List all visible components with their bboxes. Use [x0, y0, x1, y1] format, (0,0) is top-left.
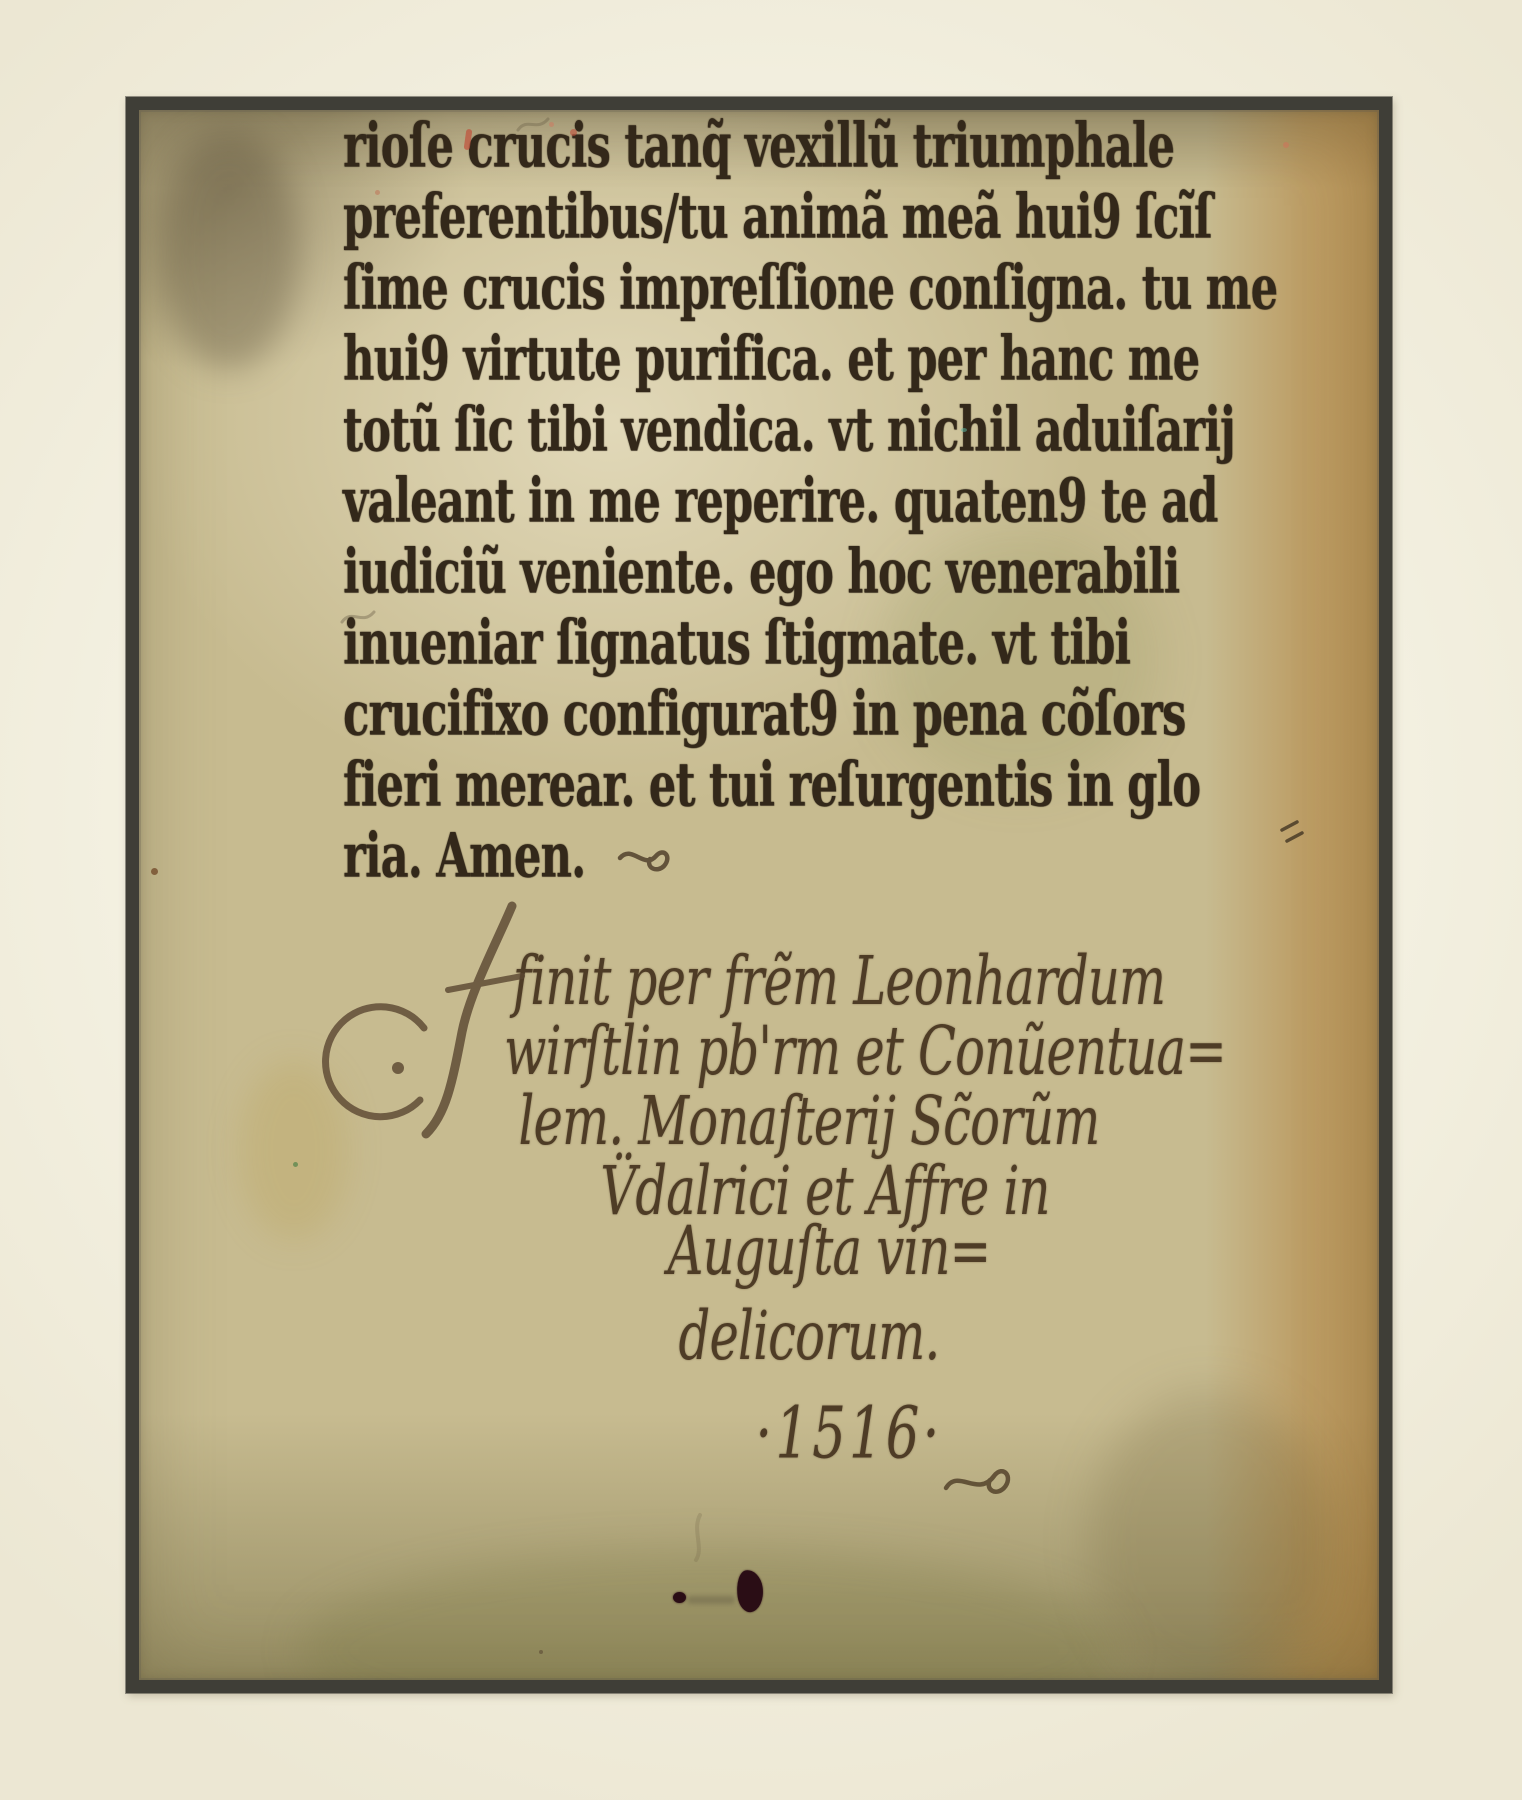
text-line: ria. Amen.	[343, 825, 585, 885]
text-line: inueniar ſignatus ſtigmate. vt tibi	[343, 612, 1130, 672]
page-background: { "document": { "lines": [ "rioſe crucis…	[0, 0, 1522, 1800]
rubric-speck	[375, 190, 380, 195]
text-line: preferentibus/tu animã meã hui9 ſcĩſ	[343, 186, 1212, 246]
colophon-line: delicorum.	[679, 1303, 940, 1370]
text-line: valeant in me reperire. quaten9 te ad	[343, 470, 1218, 530]
rubric-speck	[1283, 142, 1289, 148]
ink-blot	[734, 1568, 766, 1613]
text-line: ſime crucis impreſſione conſigna. tu me	[343, 257, 1277, 317]
rubric-speck	[549, 122, 554, 127]
date-1516: ·1516·	[755, 1398, 942, 1469]
text-line: iudiciũ veniente. ego hoc venerabili	[343, 541, 1179, 601]
ink-blot-dot	[673, 1592, 686, 1603]
text-line: crucifixo configurat9 in pena cõſors	[343, 683, 1186, 743]
ink-smudge	[687, 1596, 735, 1604]
teal-fleck	[961, 428, 967, 432]
stain-mottle	[159, 130, 299, 370]
brown-fleck	[151, 868, 158, 875]
manuscript-leaf: rioſe crucis tanq̃ vexillũ triumphale pr…	[126, 97, 1392, 1693]
colophon-line: lem. Monaſterij Sc̃orũm	[518, 1088, 1099, 1155]
brown-fleck	[539, 1650, 543, 1654]
green-fleck	[293, 1162, 298, 1167]
colophon-line: Auguſta vin=	[668, 1218, 991, 1285]
text-line: hui9 virtute purifica. et per hanc me	[343, 328, 1199, 388]
stain-mottle	[1089, 1390, 1329, 1680]
text-line: totũ ſic tibi vendica. vt nichil aduiſar…	[343, 399, 1235, 459]
parchment: rioſe crucis tanq̃ vexillũ triumphale pr…	[139, 110, 1379, 1680]
stain-mottle	[239, 1060, 349, 1240]
text-line: fieri merear. et tui reſurgentis in glo	[343, 754, 1200, 814]
colophon-line: wirſtlin pb'rm et Conũentua=	[504, 1018, 1226, 1085]
colophon-line: finit per frẽm Leonhardum	[513, 948, 1166, 1015]
rubric-speck	[570, 129, 577, 136]
stain-mottle	[299, 1550, 1119, 1680]
